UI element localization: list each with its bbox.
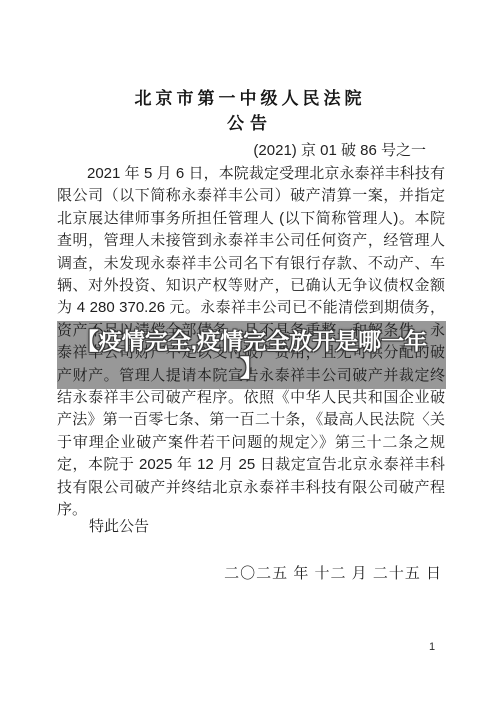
watermark-banner-text: 【疫情完全,疫情完全放开是哪一年 】	[76, 328, 427, 382]
court-announcement-page: 北京市第一中级人民法院 公告 (2021) 京 01 破 86 号之一 2021…	[0, 0, 500, 706]
watermark-banner-line2: 】	[240, 355, 263, 381]
issue-date: 二〇二五 年 十二 月 二十五 日	[224, 562, 442, 583]
closing-phrase: 特此公告	[89, 515, 149, 536]
watermark-banner: 【疫情完全,疫情完全放开是哪一年 】	[57, 321, 446, 389]
court-name: 北京市第一中级人民法院	[0, 84, 500, 109]
watermark-banner-line1: 【疫情完全,疫情完全放开是哪一年	[76, 328, 427, 354]
doc-title: 公告	[0, 109, 500, 134]
case-number: (2021) 京 01 破 86 号之一	[253, 139, 426, 160]
page-number: 1	[429, 641, 435, 653]
